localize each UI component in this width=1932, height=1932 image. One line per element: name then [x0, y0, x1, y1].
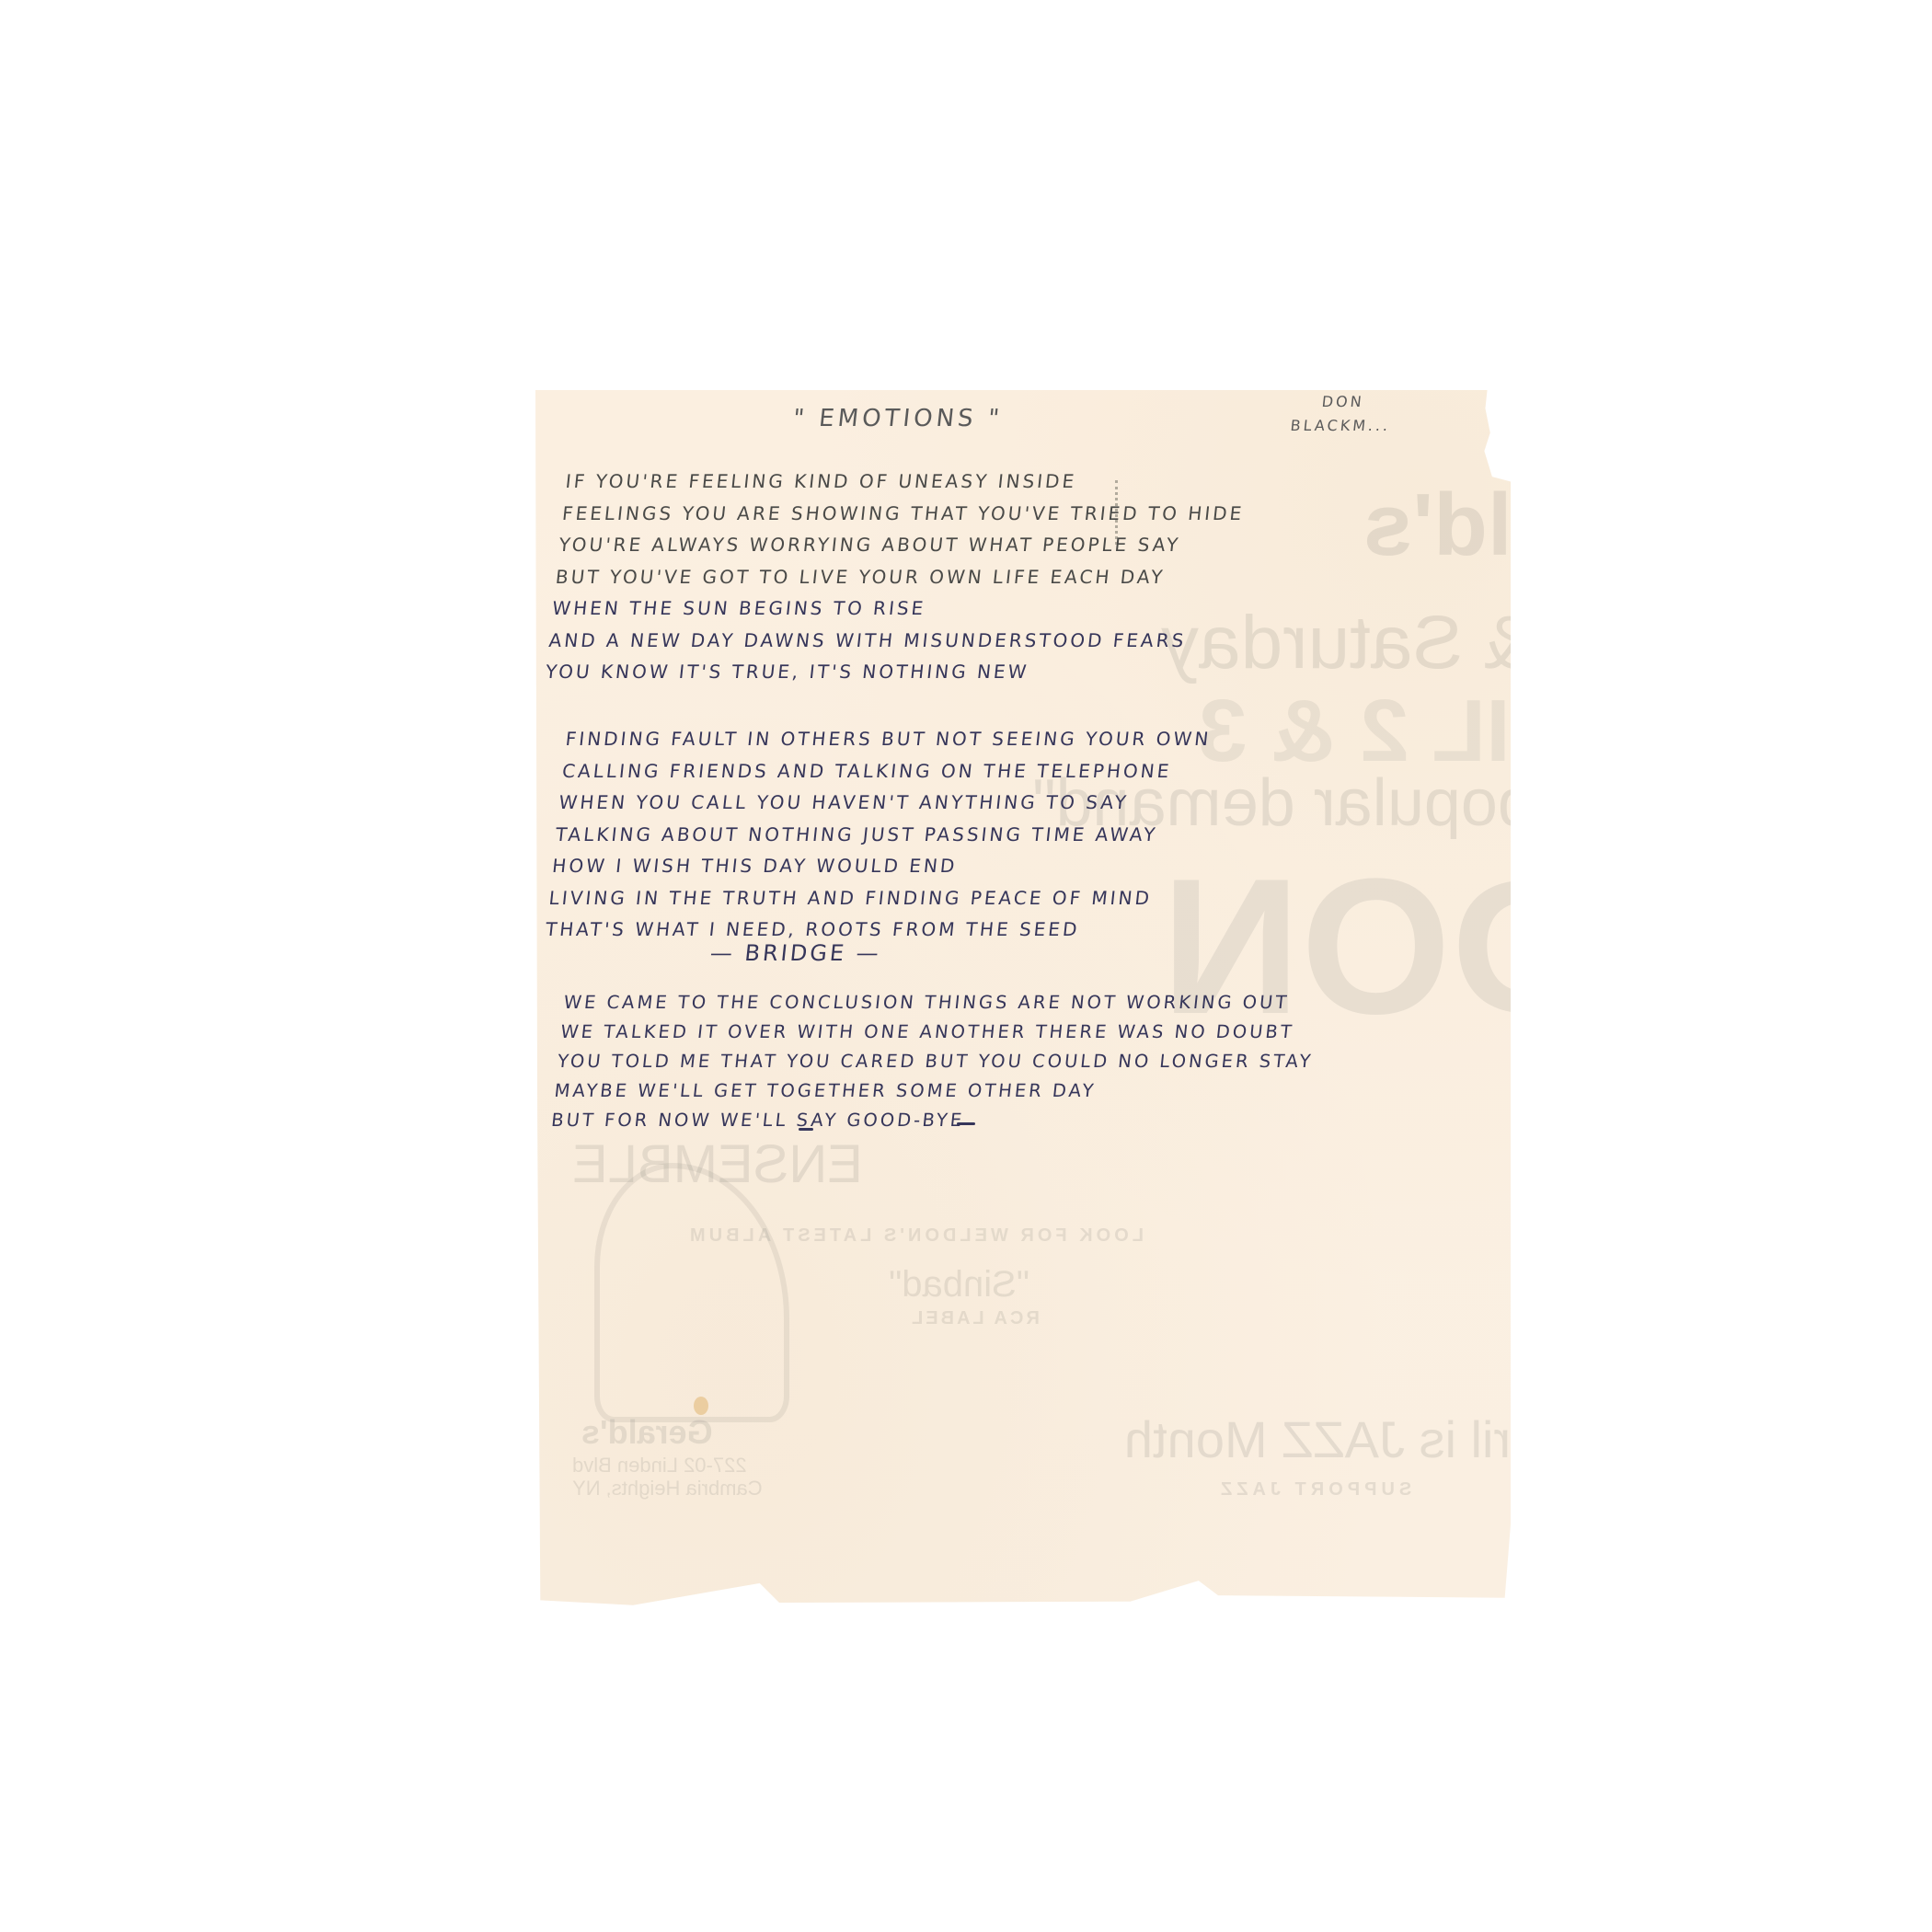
lyric-line: When the sun begins to rise [551, 592, 1236, 625]
verse-1: If you're feeling kind of uneasy inside … [544, 466, 1248, 688]
lyric-line: You know it's true, it's nothing new [544, 656, 1229, 688]
show-through-date: APRIL 2 & 3 [1198, 681, 1696, 782]
show-through-address-line: 227-02 Linden Blvd [572, 1454, 763, 1477]
show-through-logo-icon [594, 1163, 789, 1422]
show-through-address: 227-02 Linden Blvd Cambria Heights, NY [572, 1454, 763, 1501]
show-through-support: SUPPORT JAZZ [1216, 1479, 1411, 1501]
lyric-line: We talked it over with one another there… [559, 1018, 1318, 1047]
author-last-name: BLACKM... [1289, 414, 1391, 438]
lyric-line: When you call you haven't anything to sa… [558, 787, 1206, 819]
end-mark-dash [957, 1122, 975, 1125]
paper-stain [694, 1397, 708, 1415]
lyric-line: You're always worrying about what people… [558, 529, 1243, 561]
show-through-month: April is JAZZ Month [1124, 1409, 1574, 1469]
lyric-line: You told me that you cared but you could… [556, 1047, 1315, 1076]
bridge-heading: — BRIDGE — [709, 940, 883, 966]
verse-2: Finding fault in others but not seeing y… [544, 723, 1213, 946]
lyric-line: But you've got to live your own life eac… [554, 561, 1239, 593]
lyric-sheet: Gerald's Friday & Saturday APRIL 2 & 3 "… [535, 390, 1511, 1610]
lyric-line: We came to the conclusion things are not… [562, 988, 1321, 1018]
show-through-venue: Gerald's [581, 1413, 713, 1452]
lyric-line: But for now we'll say good-bye [550, 1106, 1309, 1135]
show-through-brand: Gerald's [1363, 475, 1713, 576]
show-through-label: RCA LABEL [909, 1308, 1040, 1329]
author-first-name: DON [1292, 390, 1394, 414]
lyric-line: If you're feeling kind of uneasy inside [564, 466, 1249, 498]
show-through-day: Friday & Saturday [1161, 600, 1765, 686]
end-mark-dash [799, 1128, 813, 1131]
lyric-line: Talking about nothing just passing time … [554, 819, 1202, 851]
bridge: We came to the conclusion things are not… [550, 988, 1321, 1135]
show-through-album: "Sinbad" [889, 1264, 1029, 1305]
lyric-line: Feelings you are showing that you've tri… [560, 498, 1246, 530]
lyric-line: And a new day dawns with misunderstood f… [547, 625, 1233, 657]
lyric-line: Finding fault in others but not seeing y… [564, 723, 1213, 755]
lyric-line: Maybe we'll get together some other day [553, 1076, 1312, 1106]
lyric-line: Calling friends and talking on the telep… [560, 755, 1209, 788]
show-through-address-line: Cambria Heights, NY [572, 1477, 763, 1500]
show-through-group: ENSEMBLE [572, 1133, 863, 1195]
song-author: DON BLACKM... [1289, 390, 1394, 438]
lyric-line: Living in the truth and finding peace of… [547, 882, 1196, 914]
song-title: " EMOTIONS " [791, 405, 1004, 432]
show-through-promo: LOOK FOR WELDON'S LATEST ALBUM [686, 1225, 1144, 1247]
lyric-line: How I wish this day would end [551, 850, 1200, 882]
